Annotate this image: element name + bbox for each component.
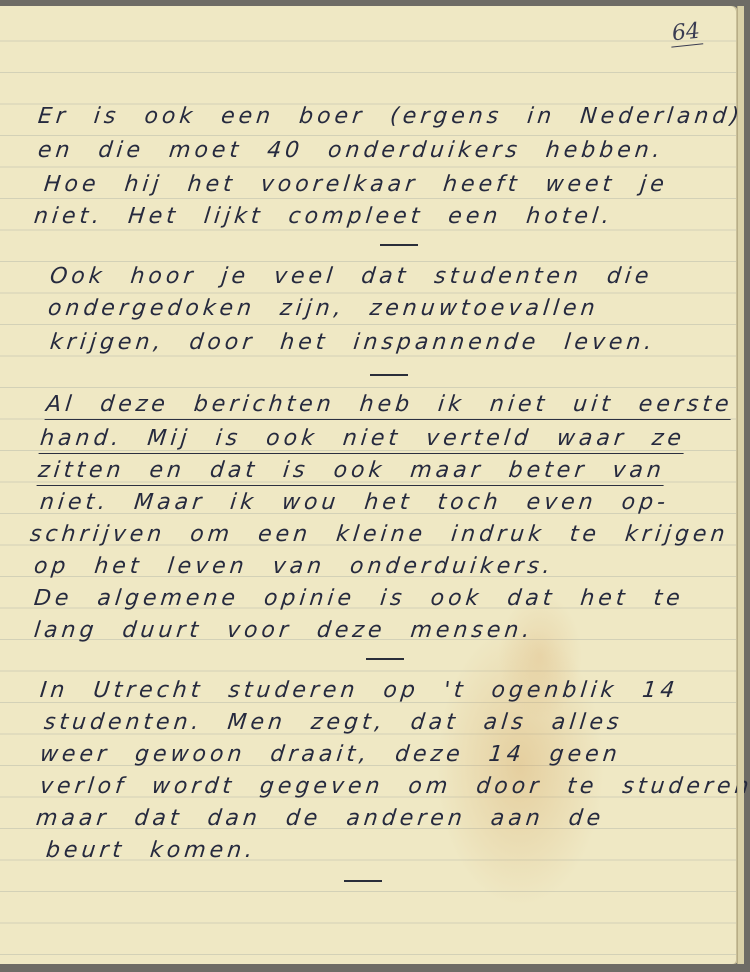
section-separator bbox=[370, 374, 408, 376]
notebook-page: 64 Er is ook een boer (ergens in Nederla… bbox=[0, 6, 738, 964]
text-line: krijgen, door het inspannende leven. bbox=[49, 330, 657, 355]
text-line: De algemene opinie is ook dat het te bbox=[33, 586, 685, 611]
text-line: weer gewoon draait, deze 14 geen bbox=[39, 742, 622, 767]
text-line: ondergedoken zijn, zenuwtoevallen bbox=[47, 296, 600, 321]
text-line: verlof wordt gegeven om door te studeren bbox=[39, 774, 750, 799]
text-line: studenten. Men zegt, dat als alles bbox=[43, 710, 624, 735]
text-line-underlined: Al deze berichten heb ik niet uit eerste bbox=[45, 392, 734, 420]
text-line: maar dat dan de anderen aan de bbox=[35, 806, 606, 831]
text-line: beurt komen. bbox=[45, 838, 258, 863]
text-line: niet. Maar ik wou het toch even op- bbox=[39, 490, 671, 515]
text-line: niet. Het lijkt compleet een hotel. bbox=[33, 204, 615, 229]
text-line: In Utrecht studeren op 't ogenblik 14 bbox=[39, 678, 680, 703]
text-line: Hoe hij het voorelkaar heeft weet je bbox=[43, 172, 670, 197]
text-line: Er is ook een boer (ergens in Nederland) bbox=[37, 104, 745, 129]
text-line: Ook hoor je veel dat studenten die bbox=[49, 264, 654, 289]
section-separator bbox=[380, 244, 418, 246]
text-line: en die moet 40 onderduikers hebben. bbox=[37, 138, 665, 163]
text-line: schrijven om een kleine indruk te krijge… bbox=[29, 522, 730, 547]
page-edge bbox=[737, 6, 744, 964]
section-separator bbox=[344, 880, 382, 882]
text-line-underlined: zitten en dat is ook maar beter van bbox=[37, 458, 667, 486]
text-line-underlined: hand. Mij is ook niet verteld waar ze bbox=[39, 426, 687, 454]
section-separator bbox=[366, 658, 404, 660]
text-line: op het leven van onderduikers. bbox=[33, 554, 555, 579]
text-line: lang duurt voor deze mensen. bbox=[33, 618, 535, 643]
page-number: 64 bbox=[669, 18, 704, 47]
